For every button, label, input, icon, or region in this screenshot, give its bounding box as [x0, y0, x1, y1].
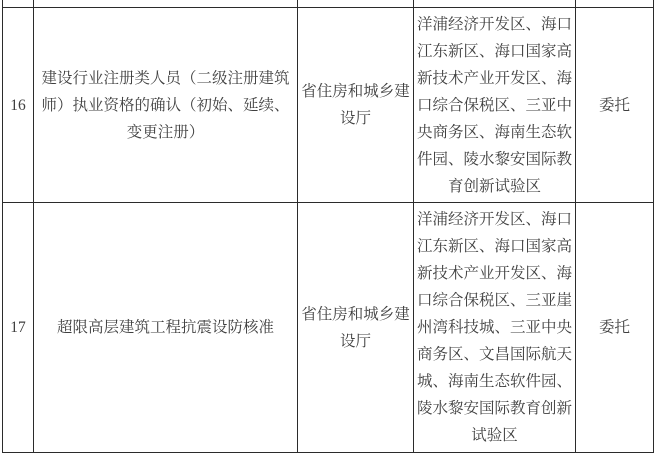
delegation-status-cell: 委托	[576, 203, 654, 453]
cropped-cell	[576, 0, 654, 8]
cropped-cell	[414, 0, 576, 8]
row-number-cell: 16	[3, 8, 34, 203]
regions-cell: 洋浦经济开发区、海口江东新区、海口国家高新技术产业开发区、海口综合保税区、三亚中…	[414, 8, 576, 203]
table-row-16: 16 建设行业注册类人员（二级注册建筑师）执业资格的确认（初始、延续、变更注册）…	[3, 8, 654, 203]
delegated-items-table: 16 建设行业注册类人员（二级注册建筑师）执业资格的确认（初始、延续、变更注册）…	[2, 0, 654, 453]
cropped-cell	[34, 0, 298, 8]
regions-cell: 洋浦经济开发区、海口江东新区、海口国家高新技术产业开发区、海口综合保税区、三亚崖…	[414, 203, 576, 453]
table-row-17: 17 超限高层建筑工程抗震设防核准 省住房和城乡建设厅 洋浦经济开发区、海口江东…	[3, 203, 654, 453]
cropped-previous-row	[3, 0, 654, 8]
row-number-cell: 17	[3, 203, 34, 453]
item-name-cell: 超限高层建筑工程抗震设防核准	[34, 203, 298, 453]
cropped-cell	[298, 0, 414, 8]
department-cell: 省住房和城乡建设厅	[298, 203, 414, 453]
department-cell: 省住房和城乡建设厅	[298, 8, 414, 203]
cropped-cell	[3, 0, 34, 8]
delegation-status-cell: 委托	[576, 8, 654, 203]
item-name-cell: 建设行业注册类人员（二级注册建筑师）执业资格的确认（初始、延续、变更注册）	[34, 8, 298, 203]
